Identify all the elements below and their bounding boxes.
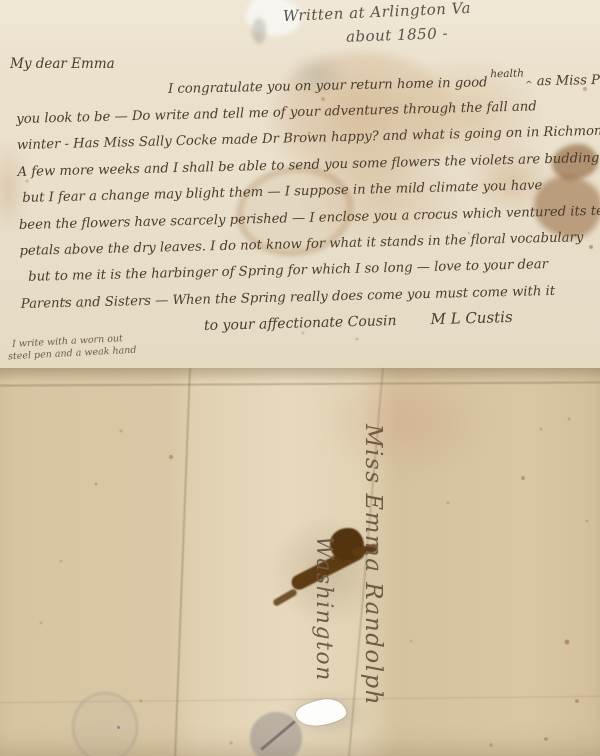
inserted-word: health [490, 68, 524, 81]
body-line-first-post: as Miss Poor says [537, 72, 600, 89]
address-recipient: Miss Emma Randolph [348, 424, 398, 724]
faint-stamp-circle [72, 692, 138, 756]
letter-scan: Written at Arlington Va about 1850 - My … [0, 0, 600, 756]
annotation-line-2: about 1850 - [346, 24, 449, 46]
letter-body: you look to be — Do write and tell me of… [16, 92, 600, 318]
signature: M L Custis [430, 308, 513, 328]
insertion-caret: ^ [525, 80, 533, 90]
salutation: My dear Emma [10, 56, 115, 72]
address-block: Miss Emma Randolph Washington [298, 424, 398, 724]
paper-speckles [0, 0, 2, 2]
